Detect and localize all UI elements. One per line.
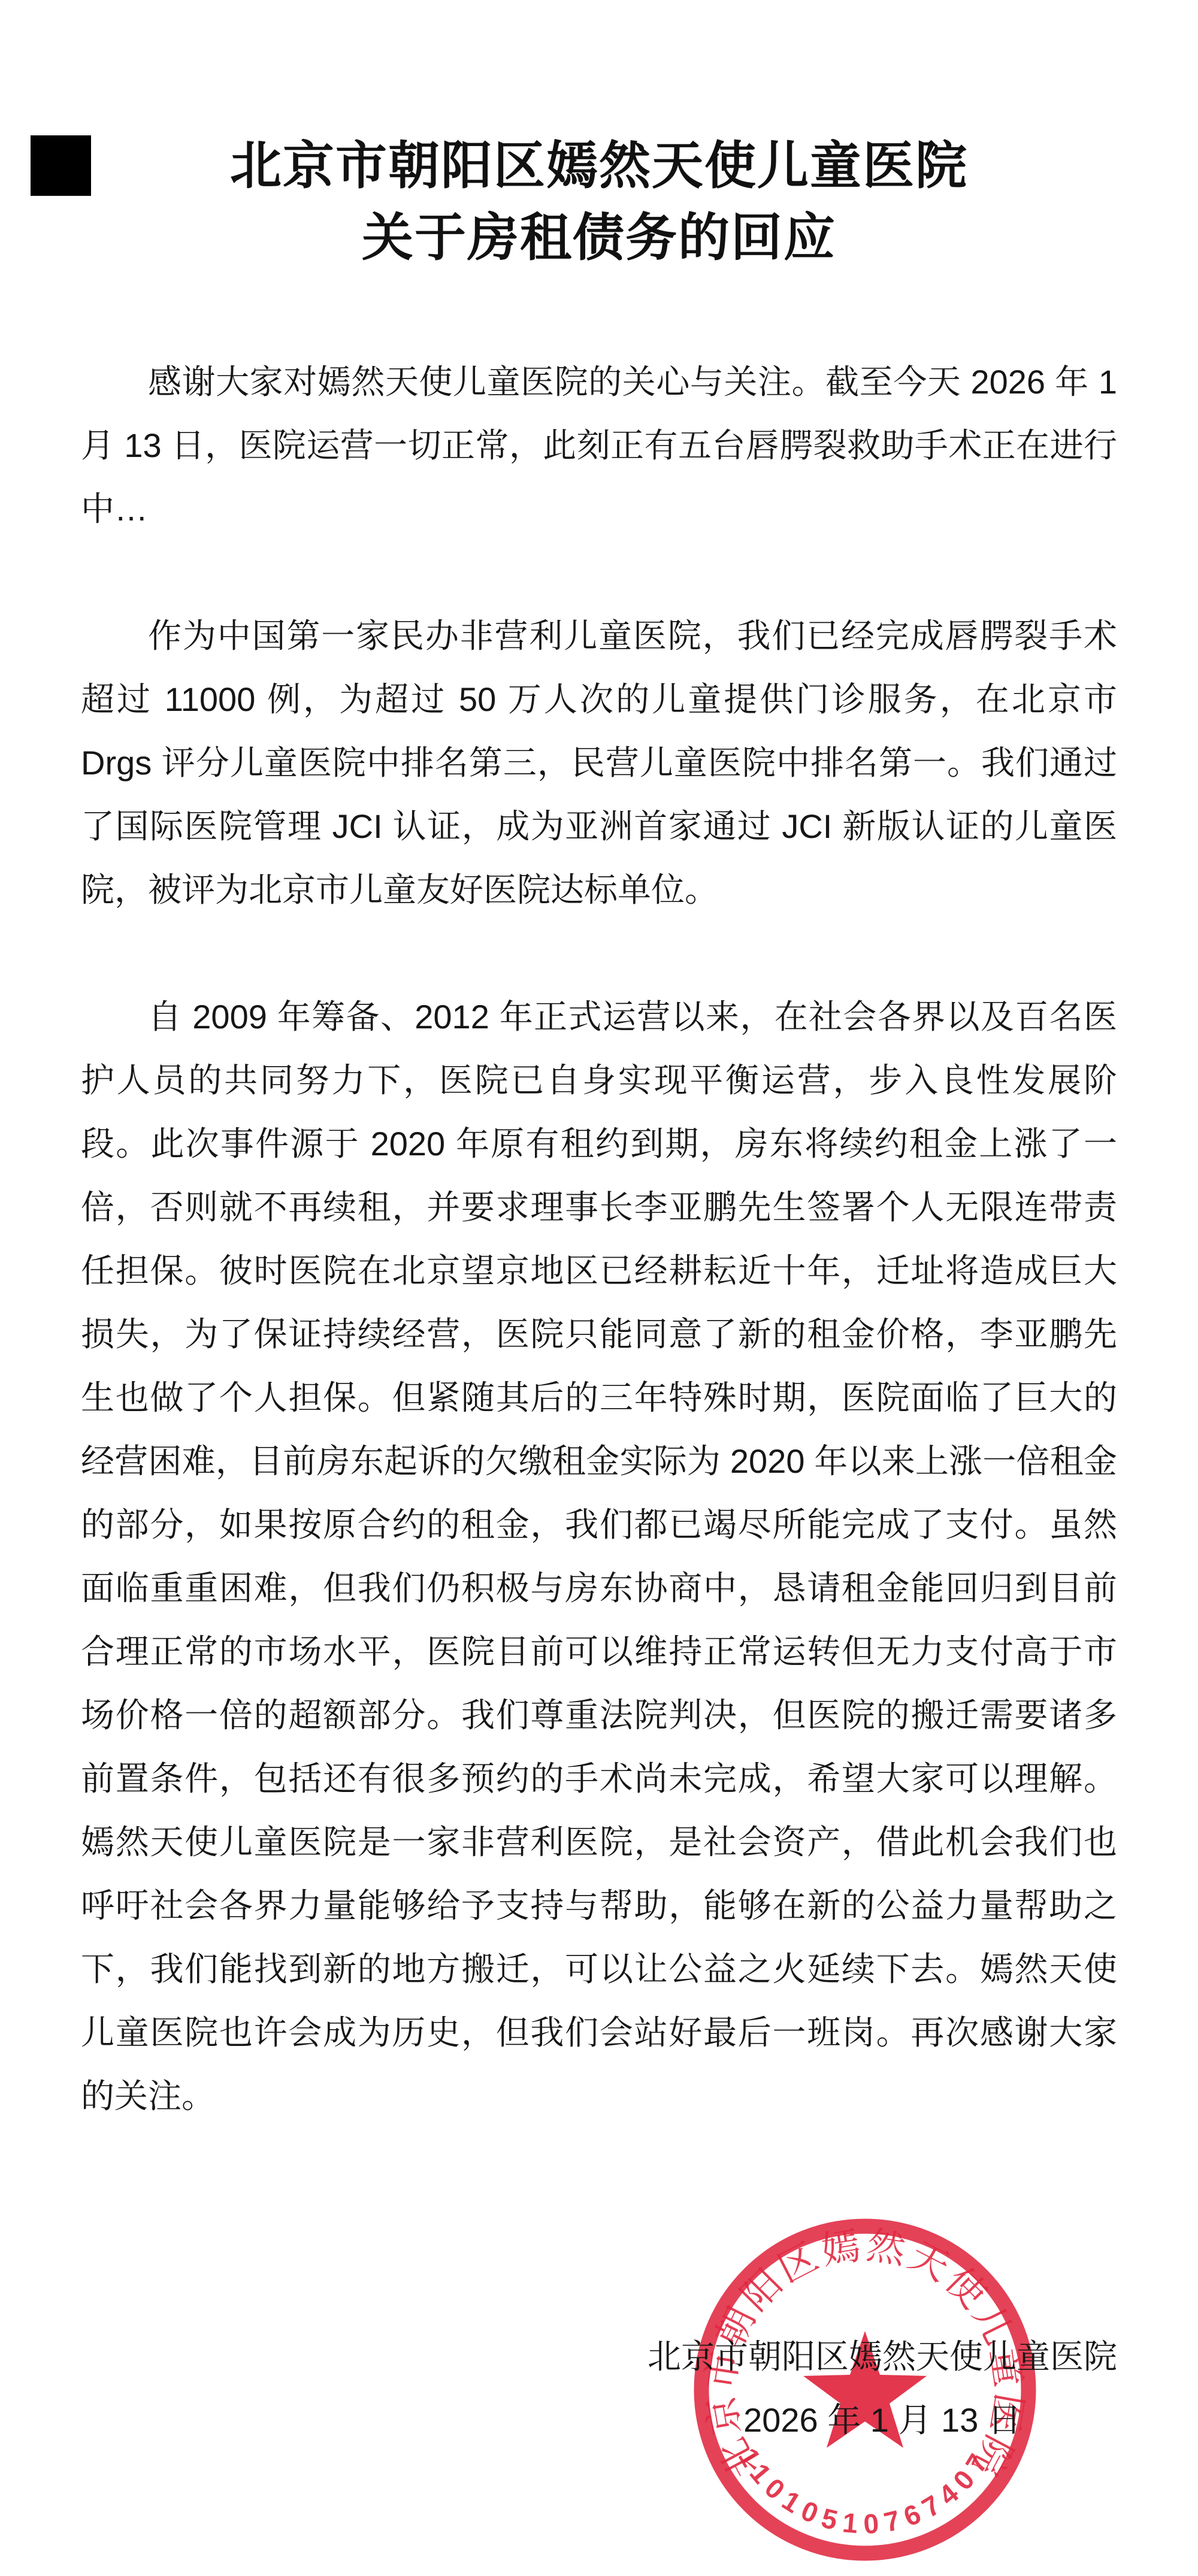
paragraph-3: 自 2009 年筹备、2012 年正式运营以来，在社会各界以及百名医护人员的共同… — [81, 985, 1117, 2128]
title-line-2: 关于房租债务的回应 — [81, 202, 1117, 274]
corner-square-mark — [31, 135, 91, 196]
title-line-1: 北京市朝阳区嫣然天使儿童医院 — [81, 130, 1117, 202]
statement-body: 感谢大家对嫣然天使儿童医院的关心与关注。截至今天 2026 年 1 月 13 日… — [81, 350, 1117, 2128]
signature-block: 北京市朝阳区嫣然天使儿童医院 2026 年 1 月 13 日 — [648, 2325, 1117, 2452]
signature-date: 2026 年 1 月 13 日 — [648, 2389, 1117, 2452]
paragraph-1: 感谢大家对嫣然天使儿童医院的关心与关注。截至今天 2026 年 1 月 13 日… — [81, 350, 1117, 541]
paragraph-2: 作为中国第一家民办非营利儿童医院，我们已经完成唇腭裂手术超过 11000 例，为… — [81, 604, 1117, 922]
document-title: 北京市朝阳区嫣然天使儿童医院 关于房租债务的回应 — [81, 130, 1117, 274]
statement-page: 北京市朝阳区嫣然天使儿童医院 关于房租债务的回应 感谢大家对嫣然天使儿童医院的关… — [0, 0, 1198, 2576]
signature-organization: 北京市朝阳区嫣然天使儿童医院 — [648, 2325, 1117, 2389]
